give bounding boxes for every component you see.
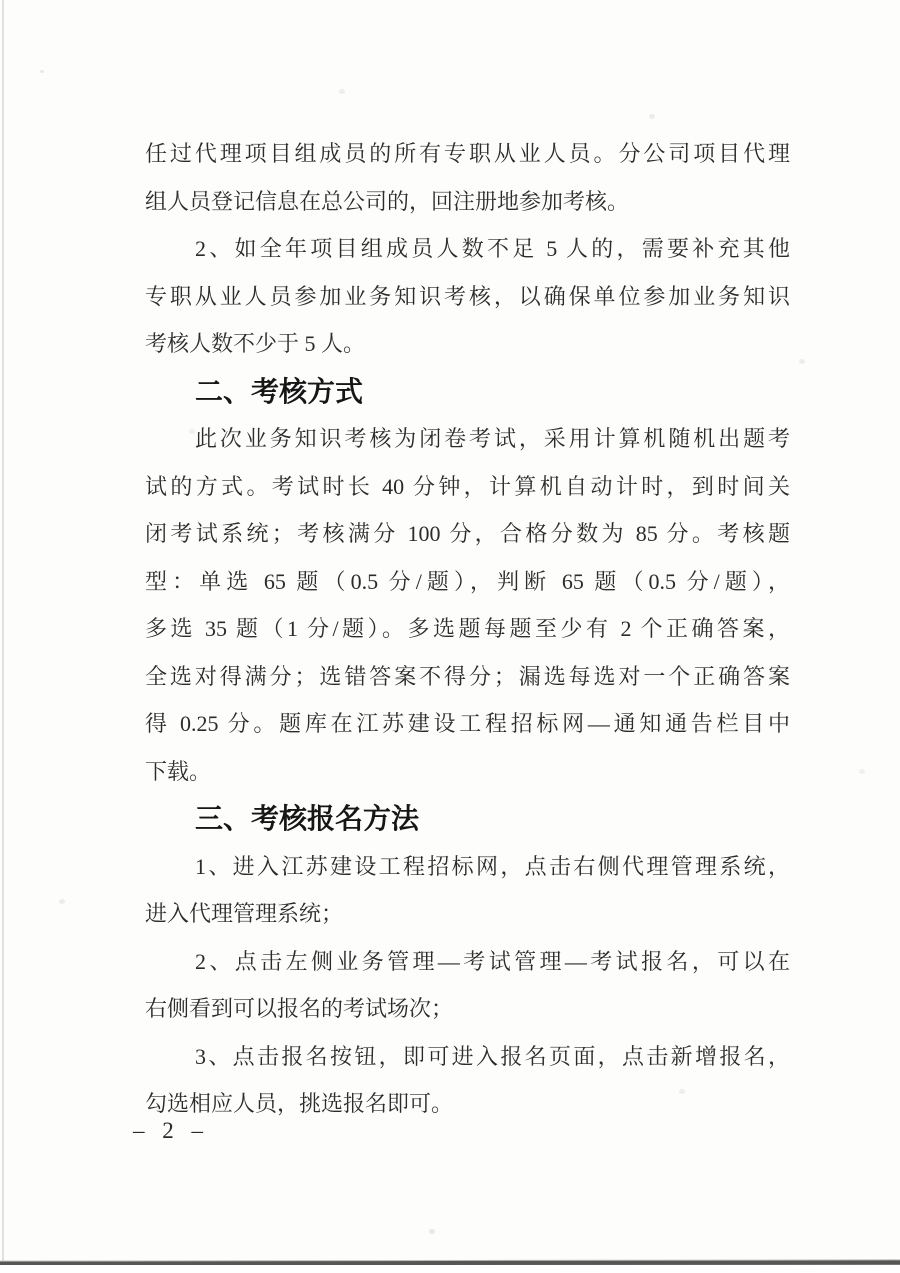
document-body: 任过代理项目组成员的所有专职从业人员。分公司项目代理组人员登记信息在总公司的，回… — [145, 130, 790, 1128]
text-line: 1、进入江苏建设工程招标网，点击右侧代理管理系统， — [145, 843, 790, 891]
text-line: 勾选相应人员，挑选报名即可。 — [145, 1080, 790, 1128]
text-line: 2、点击左侧业务管理—考试管理—考试报名，可以在 — [145, 938, 790, 986]
section-heading: 三、考核报名方法 — [145, 795, 790, 843]
text-line: 此次业务知识考核为闭卷考试，采用计算机随机出题考 — [145, 415, 790, 463]
section-heading: 二、考核方式 — [145, 368, 790, 416]
scan-below-edge-area — [0, 1265, 900, 1273]
text-line: 下载。 — [145, 748, 790, 796]
text-line: 型：单选 65 题（0.5 分/题），判断 65 题（0.5 分/题）， — [145, 558, 790, 606]
text-line: 2、如全年项目组成员人数不足 5 人的，需要补充其他 — [145, 225, 790, 273]
text-line: 全选对得满分；选错答案不得分；漏选每选对一个正确答案 — [145, 653, 790, 701]
text-line: 右侧看到可以报名的考试场次； — [145, 985, 790, 1033]
text-line: 组人员登记信息在总公司的，回注册地参加考核。 — [145, 178, 790, 226]
text-line: 闭考试系统；考核满分 100 分，合格分数为 85 分。考核题 — [145, 510, 790, 558]
text-line: 试的方式。考试时长 40 分钟，计算机自动计时，到时间关 — [145, 463, 790, 511]
page-number: – 2 – — [133, 1118, 209, 1144]
scan-left-edge-line — [2, 0, 4, 1262]
text-line: 得 0.25 分。题库在江苏建设工程招标网—通知通告栏目中 — [145, 700, 790, 748]
scan-noise-specks — [40, 70, 44, 73]
text-line: 任过代理项目组成员的所有专职从业人员。分公司项目代理 — [145, 130, 790, 178]
text-line: 进入代理管理系统； — [145, 890, 790, 938]
text-line: 3、点击报名按钮，即可进入报名页面，点击新增报名， — [145, 1033, 790, 1081]
text-line: 考核人数不少于 5 人。 — [145, 320, 790, 368]
text-line: 多选 35 题（1 分/题）。多选题每题至少有 2 个正确答案， — [145, 605, 790, 653]
scanned-document-page: 任过代理项目组成员的所有专职从业人员。分公司项目代理组人员登记信息在总公司的，回… — [0, 0, 900, 1273]
text-line: 专职从业人员参加业务知识考核，以确保单位参加业务知识 — [145, 273, 790, 321]
